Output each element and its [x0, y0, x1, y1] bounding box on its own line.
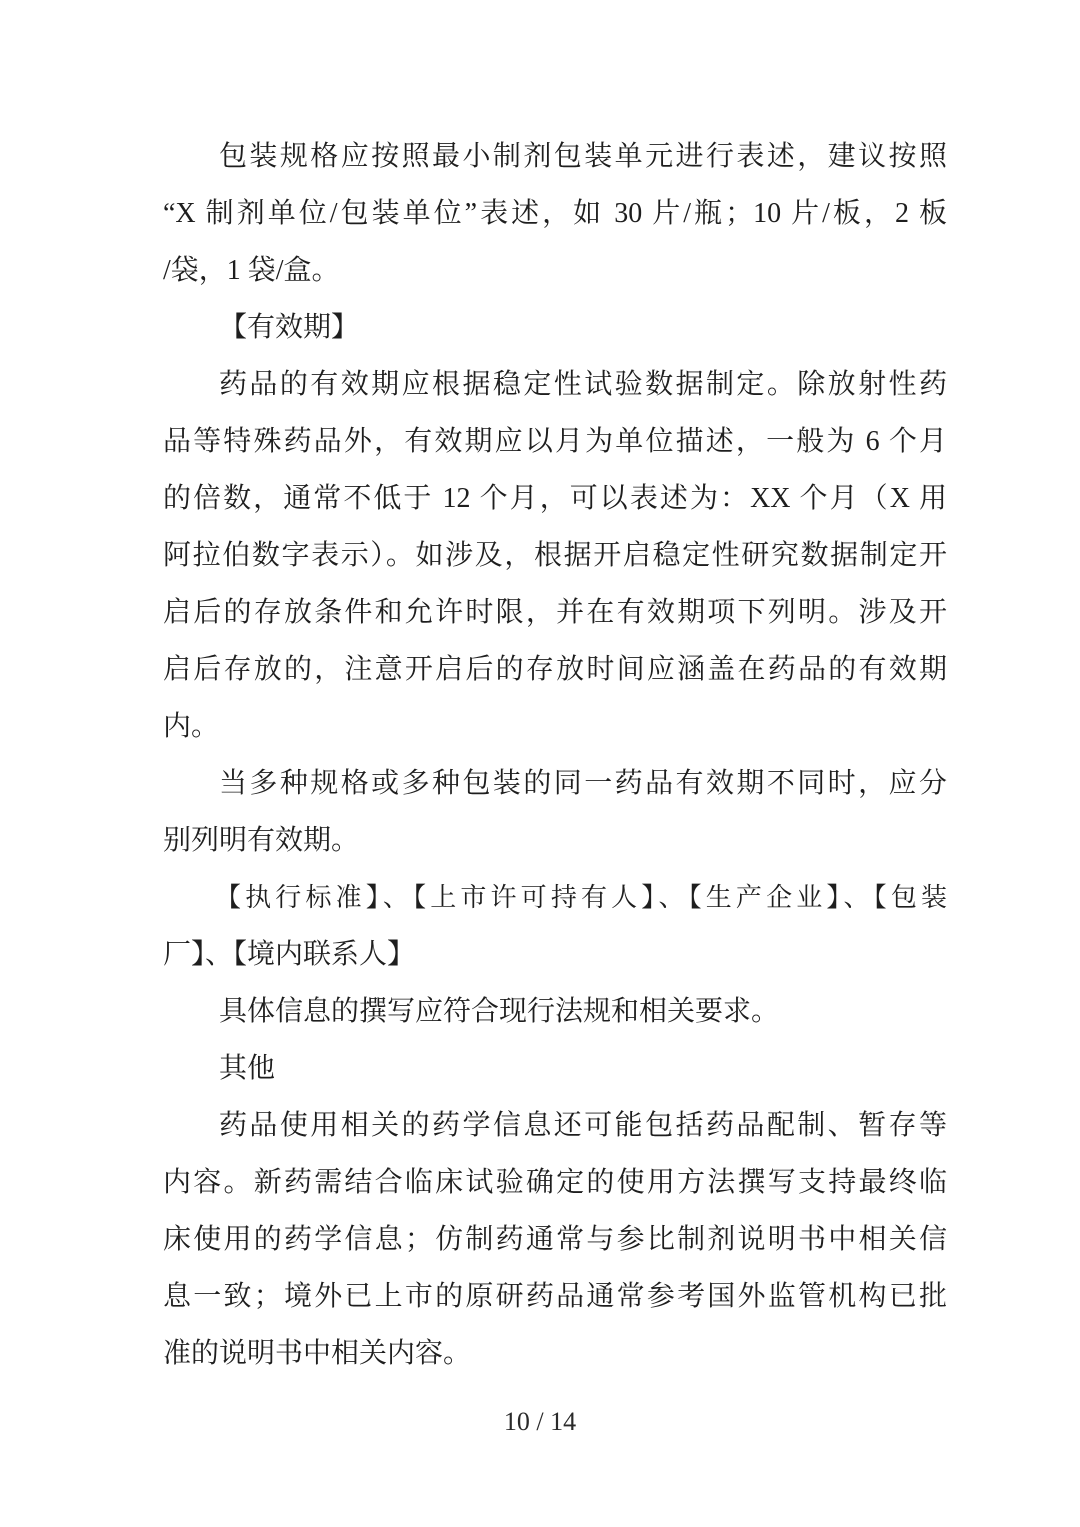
text-line: “X 制剂单位/包装单位”表述，如 30 片/瓶；10 片/板，2 板	[163, 185, 947, 242]
page-number: 10 / 14	[0, 1406, 1080, 1438]
section-heading-standards-holders: 【执行标准】、【上市许可持有人】、【生产企业】、【包装	[163, 869, 947, 926]
text-line: 阿拉伯数字表示）。如涉及，根据开启稳定性研究数据制定开	[163, 527, 947, 584]
text-line: 具体信息的撰写应符合现行法规和相关要求。	[163, 983, 947, 1040]
document-body: 包装规格应按照最小制剂包装单元进行表述，建议按照 “X 制剂单位/包装单位”表述…	[163, 128, 947, 1382]
text-line: 包装规格应按照最小制剂包装单元进行表述，建议按照	[163, 128, 947, 185]
text-line: 品等特殊药品外，有效期应以月为单位描述，一般为 6 个月	[163, 413, 947, 470]
text-line: 准的说明书中相关内容。	[163, 1325, 947, 1382]
text-line: 药品的有效期应根据稳定性试验数据制定。除放射性药	[163, 356, 947, 413]
text-line: 内。	[163, 698, 947, 755]
text-line: 药品使用相关的药学信息还可能包括药品配制、暂存等	[163, 1097, 947, 1154]
text-line: /袋，1 袋/盒。	[163, 242, 947, 299]
text-line: 床使用的药学信息；仿制药通常与参比制剂说明书中相关信	[163, 1211, 947, 1268]
text-line: 当多种规格或多种包装的同一药品有效期不同时，应分	[163, 755, 947, 812]
text-line: 息一致；境外已上市的原研药品通常参考国外监管机构已批	[163, 1268, 947, 1325]
document-page: 包装规格应按照最小制剂包装单元进行表述，建议按照 “X 制剂单位/包装单位”表述…	[0, 0, 1080, 1527]
text-line: 启后的存放条件和允许时限，并在有效期项下列明。涉及开	[163, 584, 947, 641]
text-line: 内容。新药需结合临床试验确定的使用方法撰写支持最终临	[163, 1154, 947, 1211]
text-line: 启后存放的，注意开启后的存放时间应涵盖在药品的有效期	[163, 641, 947, 698]
section-heading-validity-period: 【有效期】	[163, 299, 947, 356]
text-line: 别列明有效期。	[163, 812, 947, 869]
section-heading-other: 其他	[163, 1040, 947, 1097]
section-heading-continued: 厂】、【境内联系人】	[163, 926, 947, 983]
text-line: 的倍数，通常不低于 12 个月，可以表述为：XX 个月（X 用	[163, 470, 947, 527]
